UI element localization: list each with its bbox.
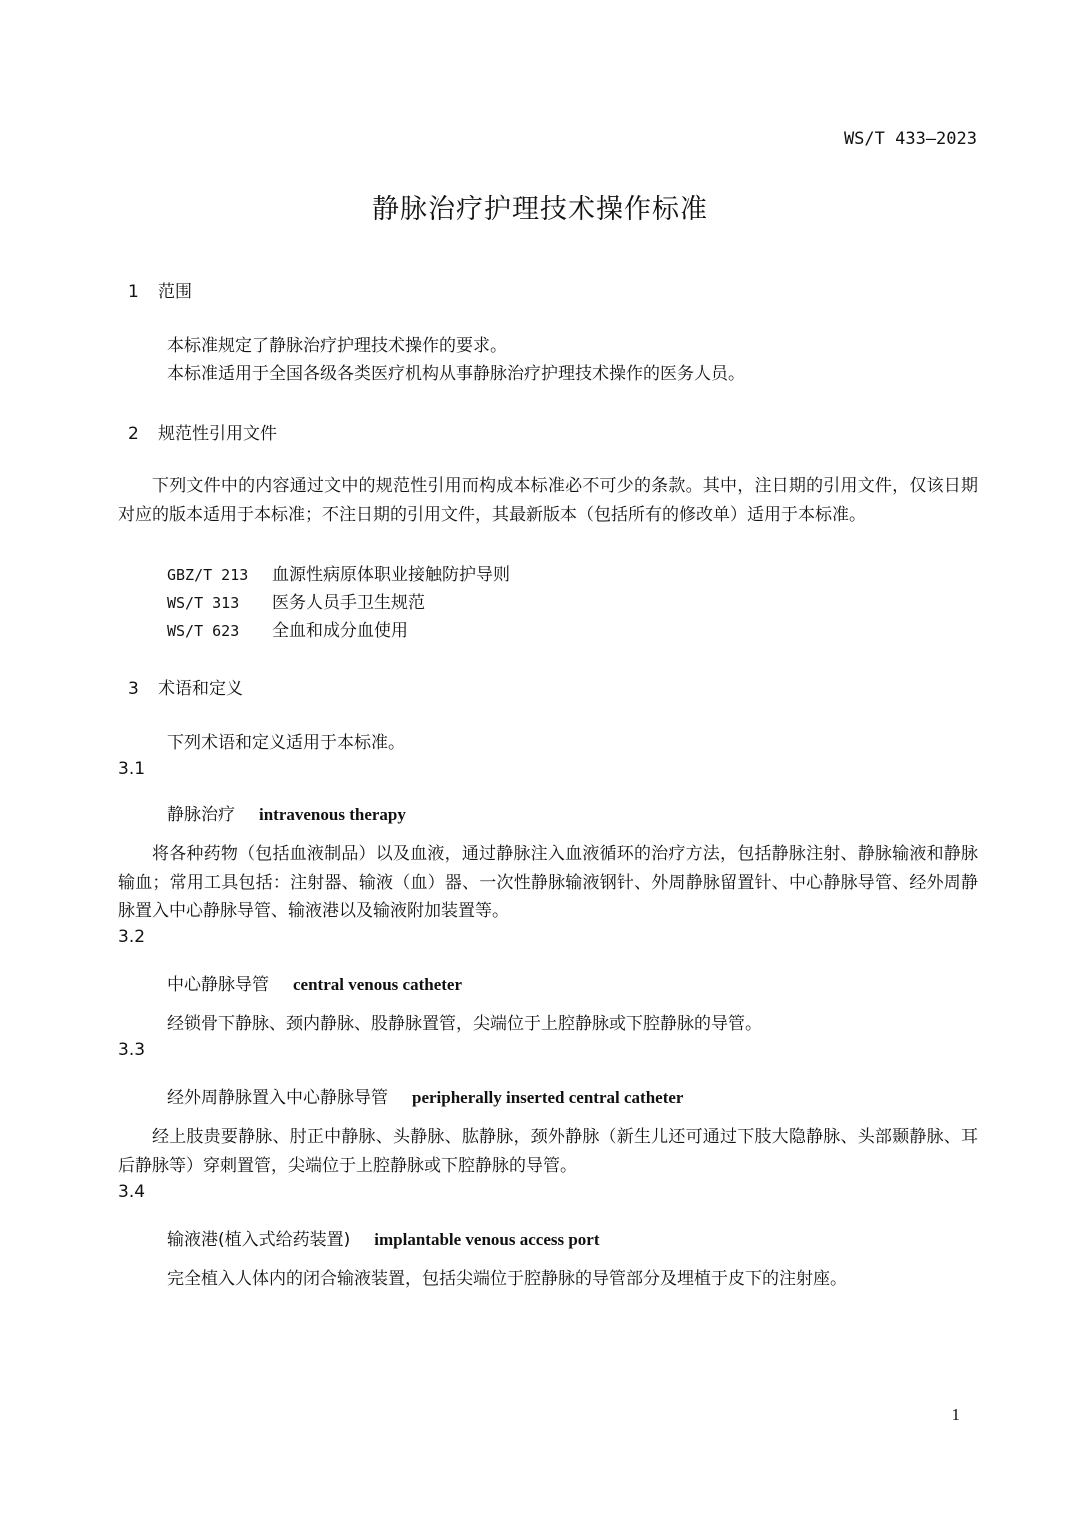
reference-item: WS/T 623全血和成分血使用 [167,616,408,641]
term-zh: 静脉治疗 [167,805,235,825]
term-number: 3.1 [118,759,145,779]
page-title: 静脉治疗护理技术操作标准 [0,187,1080,226]
term-definition: 将各种药物（包括血液制品）以及血液，通过静脉注入血液循环的治疗方法，包括静脉注射… [118,840,978,926]
term-en: implantable venous access port [374,1230,599,1249]
section-heading-3: 3术语和定义 [128,674,243,699]
section-title: 规范性引用文件 [158,424,277,444]
paragraph: 下列术语和定义适用于本标准。 [167,729,405,757]
term-definition: 经锁骨下静脉、颈内静脉、股静脉置管，尖端位于上腔静脉或下腔静脉的导管。 [167,1010,762,1038]
reference-item: GBZ/T 213血源性病原体职业接触防护导则 [167,560,510,585]
section-number: 2 [128,424,158,444]
reference-code: GBZ/T 213 [167,566,272,584]
section-title: 范围 [158,282,192,302]
section-heading-2: 2规范性引用文件 [128,419,277,444]
term-definition: 完全植入人体内的闭合输液装置，包括尖端位于腔静脉的导管部分及埋植于皮下的注射座。 [167,1265,847,1293]
term-zh: 输液港(植入式给药装置) [167,1230,350,1250]
reference-item: WS/T 313医务人员手卫生规范 [167,588,425,613]
section-title: 术语和定义 [158,679,243,699]
reference-title: 全血和成分血使用 [272,621,408,641]
term-en: peripherally inserted central catheter [412,1088,683,1107]
term-definition: 经上肢贵要静脉、肘正中静脉、头静脉、肱静脉，颈外静脉（新生儿还可通过下肢大隐静脉… [118,1123,978,1180]
paragraph: 本标准适用于全国各级各类医疗机构从事静脉治疗护理技术操作的医务人员。 [167,360,745,388]
reference-code: WS/T 313 [167,594,272,612]
section-heading-1: 1范围 [128,277,192,302]
term-number: 3.3 [118,1040,145,1060]
term-number: 3.2 [118,927,145,947]
standard-code: WS/T 433—2023 [844,129,977,149]
term-en: central venous catheter [293,975,462,994]
term-heading: 静脉治疗intravenous therapy [167,800,406,825]
reference-title: 医务人员手卫生规范 [272,593,425,613]
paragraph: 本标准规定了静脉治疗护理技术操作的要求。 [167,332,507,360]
page-number: 1 [952,1405,961,1425]
term-number: 3.4 [118,1182,145,1202]
reference-title: 血源性病原体职业接触防护导则 [272,565,510,585]
term-heading: 中心静脉导管central venous catheter [167,970,462,995]
term-en: intravenous therapy [259,805,406,824]
section-number: 1 [128,282,158,302]
term-zh: 中心静脉导管 [167,975,269,995]
term-heading: 输液港(植入式给药装置)implantable venous access po… [167,1225,600,1250]
section-number: 3 [128,679,158,699]
paragraph: 下列文件中的内容通过文中的规范性引用而构成本标准必不可少的条款。其中，注日期的引… [118,472,978,529]
term-heading: 经外周静脉置入中心静脉导管peripherally inserted centr… [167,1083,683,1108]
term-zh: 经外周静脉置入中心静脉导管 [167,1088,388,1108]
reference-code: WS/T 623 [167,622,272,640]
